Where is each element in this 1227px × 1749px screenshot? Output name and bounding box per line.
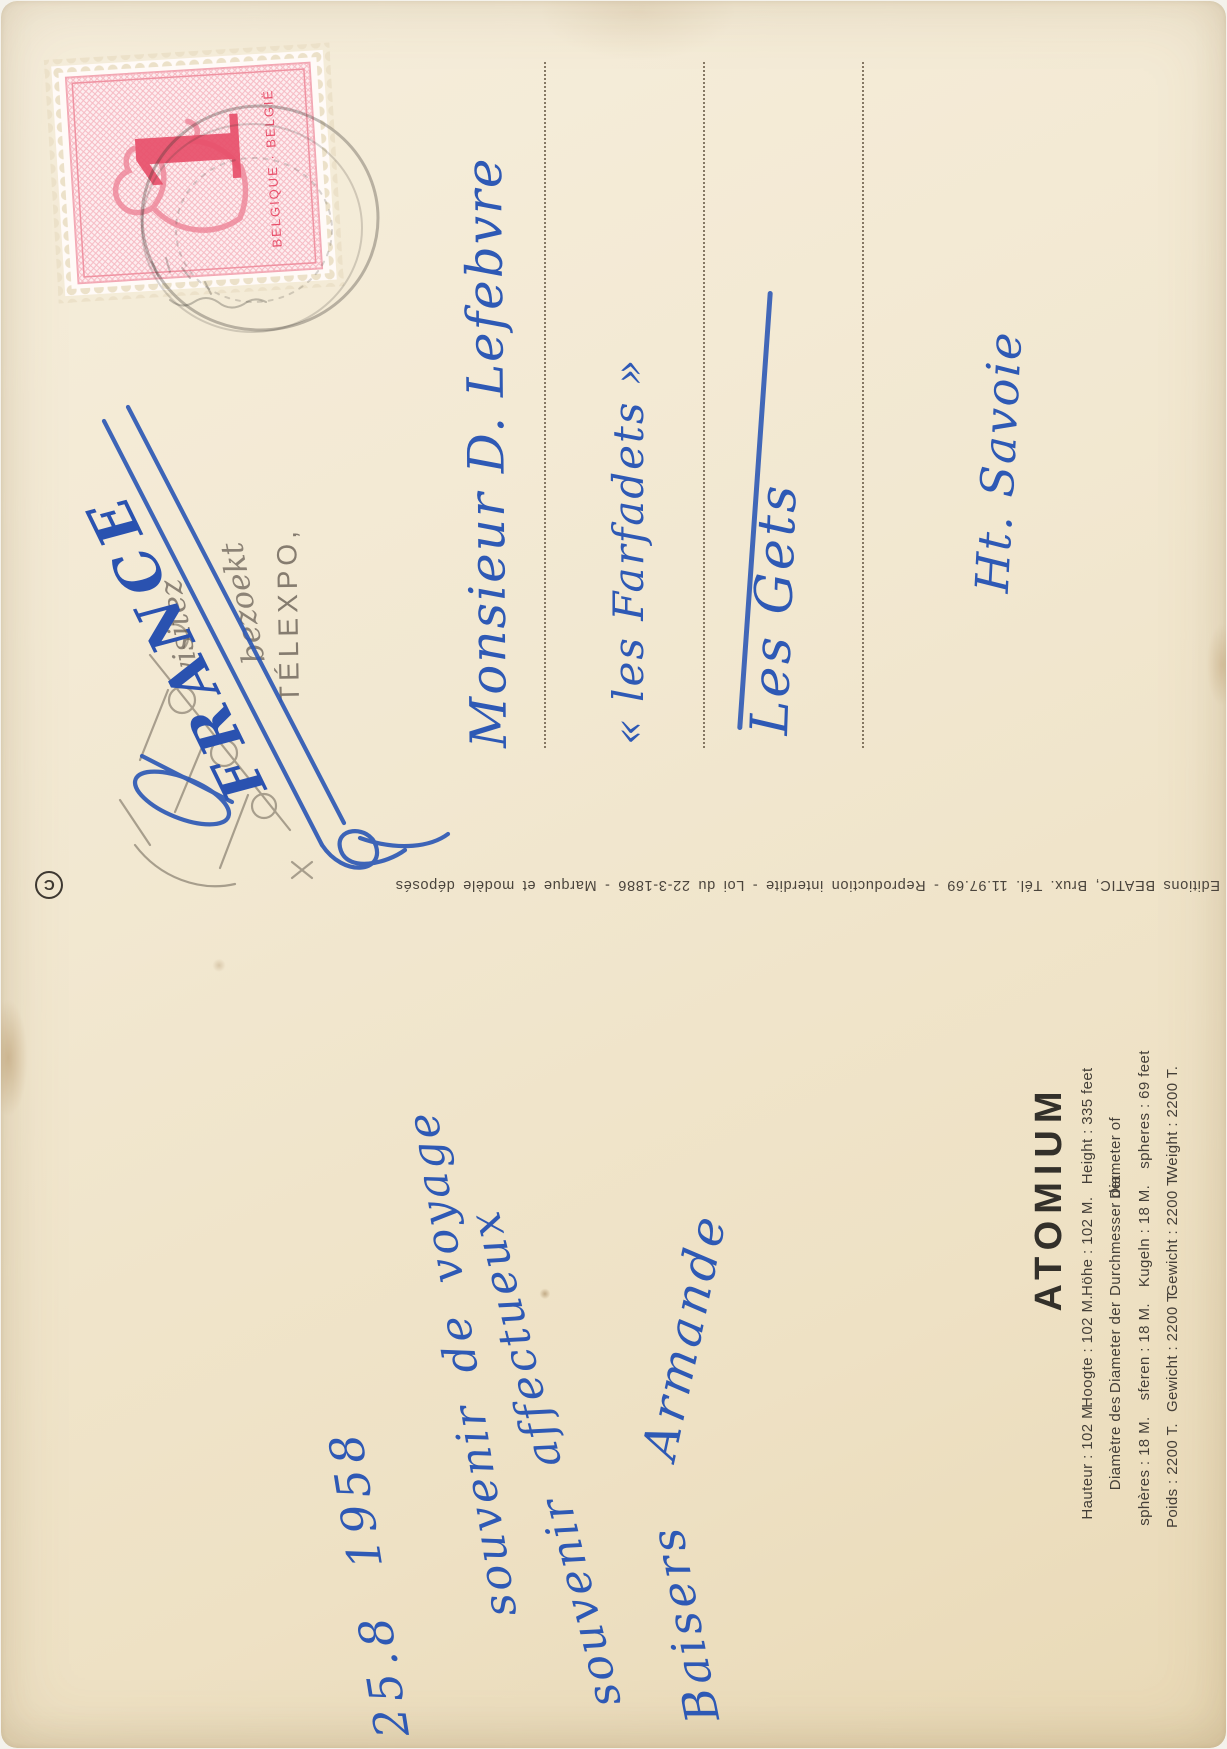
pen-flourishes: [0, 0, 1227, 1749]
france-underline-stroke: [128, 407, 344, 823]
pen-stroke: [142, 756, 232, 802]
postcard-scan: Editions BEATIC, Brux. Tél. 11.97.69 - R…: [0, 0, 1227, 1749]
underline-tail-loop: [322, 831, 405, 868]
